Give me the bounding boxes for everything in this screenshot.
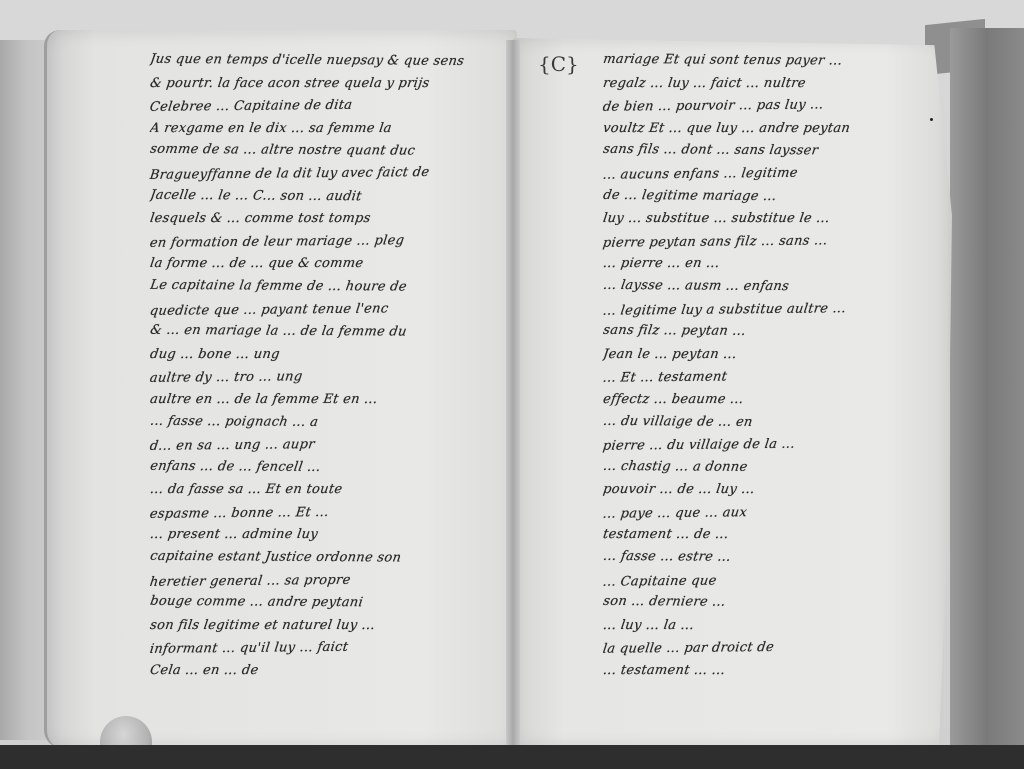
manuscript-line: dug ... bone ... ung [148,344,506,367]
manuscript-line: aultre en ... de la femme Et en ... [148,389,506,412]
manuscript-line: ... present ... admine luy [148,524,506,547]
manuscript-line: ... Capitaine que [601,568,934,594]
manuscript-line: sans fils ... dont ... sans laysser [601,139,934,164]
manuscript-line: effectz ... beaume ... [601,389,934,412]
manuscript-line: mariage Et qui sont tenus payer ... [601,49,934,74]
manuscript-line: & ... en mariage la ... de la femme du [149,320,507,345]
manuscript-line: en formation de leur mariage ... pleg [148,229,506,255]
manuscript-line: ... Et ... testament [601,365,934,391]
manuscript-line: ... paye ... que ... aux [601,500,934,526]
manuscript-line: Bragueyffanne de la dit luy avec faict d… [148,161,506,187]
manuscript-line: Le capitaine la femme de ... houre de [149,275,507,300]
manuscript-line: la forme ... de ... que & comme [148,253,506,276]
manuscript-line: la quelle ... par droict de [601,636,934,662]
manuscript-line: voultz Et ... que luy ... andre peytan [601,118,934,141]
manuscript-line: informant ... qu'il luy ... faict [148,636,506,662]
manuscript-line: & pourtr. la face acon stree quela y pri… [148,73,506,96]
manuscript-line: enfans ... de ... fencell ... [149,455,507,480]
manuscript-line: pierre peytan sans filz ... sans ... [601,229,934,255]
manuscript-line: Jacelle ... le ... C... son ... audit [149,184,507,209]
manuscript-line: ... du villaige de ... en [601,410,934,435]
manuscript-line: d... en sa ... ung ... aupr [148,432,506,458]
manuscript-line: Celebree ... Capitaine de dita [148,93,506,119]
manuscript-line: Jus que en temps d'icelle nuepsay & que … [149,49,507,74]
manuscript-line: somme de sa ... altre nostre quant duc [149,139,507,164]
manuscript-line: ... chastig ... a donne [601,456,934,481]
manuscript-line: ... luy ... la ... [601,615,934,638]
manuscript-line: ... fasse ... poignach ... a [149,410,507,435]
manuscript-line: ... laysse ... ausm ... enfans [601,275,934,300]
manuscript-line: testament ... de ... [601,524,934,547]
manuscript-line: ... fasse ... estre ... [601,546,934,571]
manuscript-line: ... pierre ... en ... [601,253,934,276]
manuscript-line: aultre dy ... tro ... ung [148,364,506,390]
manuscript-line: de bien ... pourvoir ... pas luy ... [601,93,934,119]
manuscript-line: regalz ... luy ... faict ... nultre [601,73,934,96]
manuscript-line: Jean le ... peytan ... [601,344,934,367]
manuscript-line: pierre ... du villaige de la ... [601,432,934,458]
manuscript-line: quedicte que ... payant tenue l'enc [148,297,506,323]
left-page-text: Jus que en temps d'icelle nuepsay & que … [150,50,505,683]
manuscript-line: ... testament ... ... [601,660,934,683]
margin-mark: {C} [538,52,579,76]
manuscript-line: espasme ... bonne ... Et ... [148,500,506,526]
ink-spot [930,118,933,121]
book-cover-right [950,28,1024,748]
manuscript-line: ... aucuns enfans ... legitime [601,161,934,187]
manuscript-line: Cela ... en ... de [148,660,506,683]
manuscript-line: son ... derniere ... [601,591,934,616]
manuscript-line: luy ... substitue ... substitue le ... [601,208,934,231]
manuscript-line: pouvoir ... de ... luy ... [601,479,934,502]
book-gutter [506,40,520,745]
manuscript-line: sans filz ... peytan ... [601,320,934,345]
manuscript-line: son fils legitime et naturel luy ... [148,615,506,638]
right-page-text: mariage Et qui sont tenus payer ... rega… [603,50,933,683]
manuscript-line: ... legitime luy a substitue aultre ... [601,297,934,323]
manuscript-line: capitaine estant Justice ordonne son [149,546,507,571]
manuscript-line: de ... legitime mariage ... [601,184,934,209]
manuscript-line: ... da fasse sa ... Et en toute [148,479,506,502]
table-surface [0,745,1024,769]
manuscript-line: A rexgame en le dix ... sa femme la [148,118,506,141]
manuscript-line: lesquels & ... comme tost tomps [148,208,506,231]
manuscript-line: bouge comme ... andre peytani [149,591,507,616]
